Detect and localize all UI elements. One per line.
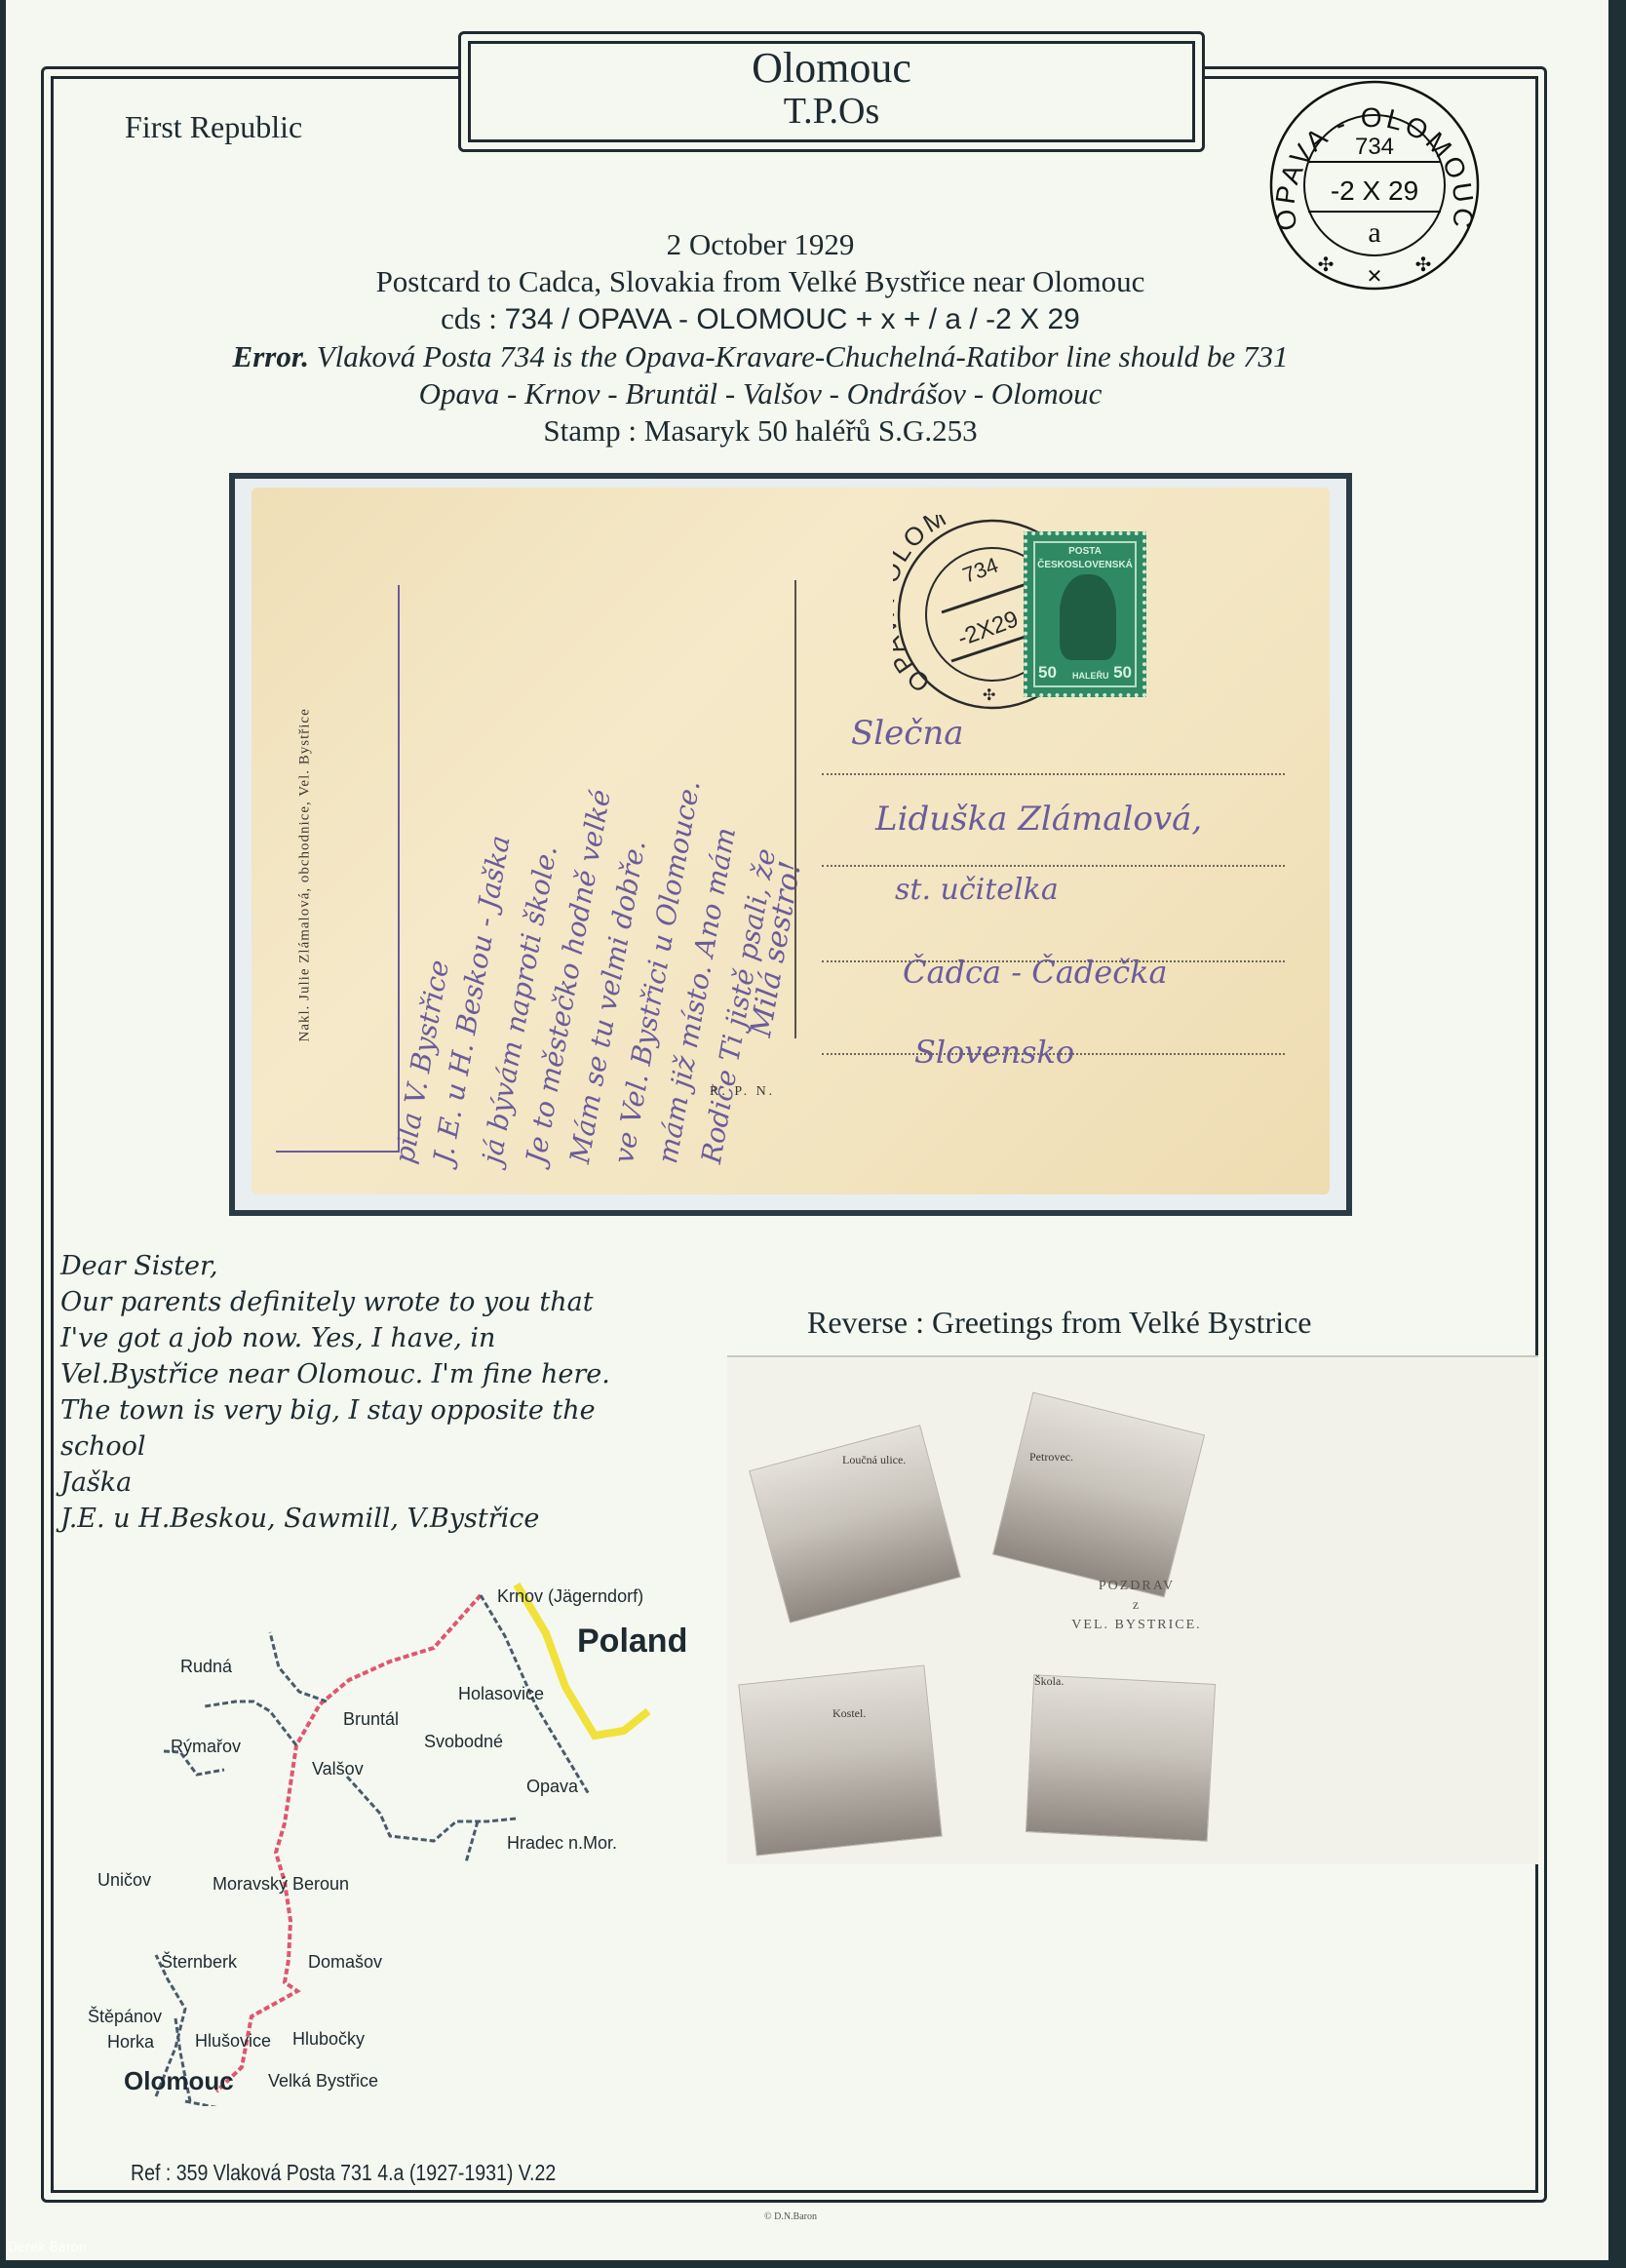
postmark-ring-text: OPAVA - OLOMOUC: [1269, 102, 1479, 233]
scan-edge-bottom: [0, 2260, 1626, 2268]
title-box: Olomouc T.P.Os: [468, 41, 1195, 142]
stamp-text-top: POSTA: [1035, 546, 1135, 557]
map-label-hlubocky: Hlubočky: [292, 2029, 365, 2050]
ornament-icon: ✣: [983, 687, 995, 704]
address-line-3: st. učitelka: [895, 873, 1059, 907]
photo-caption: Loučná ulice.: [842, 1453, 906, 1467]
scan-edge-right: [1608, 0, 1626, 2268]
translation-line: Jaška: [60, 1465, 723, 1501]
cover-route-summary: Postcard to Cadca, Slovakia from Velké B…: [97, 263, 1423, 300]
translation-line: I've got a job now. Yes, I have, in: [60, 1320, 723, 1356]
photo-caption: Škola.: [1034, 1674, 1064, 1689]
postmark-number: 734: [1355, 134, 1394, 160]
map-label-poland: Poland: [577, 1623, 687, 1661]
cancel-date: -2X29: [954, 606, 1022, 651]
stamp-currency: HALEŘU: [1072, 671, 1109, 681]
error-label: Error.: [233, 339, 309, 373]
photo-caption: Petrovec.: [1029, 1450, 1073, 1465]
map-label-holasovice: Holasovice: [458, 1684, 544, 1704]
map-label-opava: Opava: [526, 1777, 578, 1797]
svg-text:OPAVA - OLOMOUC: OPAVA - OLOMOUC: [1269, 102, 1479, 233]
map-label-hradec: Hradec n.Mor.: [507, 1833, 617, 1854]
address-line-4: Čadca - Čadečka: [903, 954, 1168, 991]
map-label-olomouc: Olomouc: [124, 2066, 234, 2096]
translation-line: Vel.Bystřice near Olomouc. I'm fine here…: [60, 1356, 723, 1392]
map-label-rudna: Rudná: [180, 1657, 232, 1677]
cds-value: 734 / OPAVA - OLOMOUC + x + / a / -2 X 2…: [505, 303, 1080, 335]
stamp-value-left: 50: [1038, 663, 1057, 683]
correct-route: Opava - Krnov - Bruntäl - Valšov - Ondrá…: [97, 375, 1423, 412]
stamp-value-right: 50: [1113, 663, 1132, 683]
address-line: [822, 865, 1285, 867]
section-label: First Republic: [125, 109, 302, 145]
svg-text:OPAVA-OLOM: OPAVA-OLOM: [893, 515, 953, 698]
reference-note: Ref : 359 Vlaková Posta 731 4.a (1927-19…: [131, 2160, 556, 2186]
stamp-description: Stamp : Masaryk 50 haléřů S.G.253: [97, 412, 1423, 450]
photo-vignette: [1026, 1674, 1216, 1842]
message-box-line: [276, 585, 400, 1153]
postcard-reverse: Loučná ulice. Petrovec. Kostel. Škola. P…: [727, 1355, 1538, 1864]
reverse-title: Reverse : Greetings from Velké Bystrice: [807, 1305, 1311, 1341]
map-label-svobodne: Svobodné: [424, 1732, 503, 1752]
photo-vignette: [992, 1392, 1205, 1598]
publisher-imprint: Nakl. Julie Zlámalová, obchodnice, Vel. …: [297, 633, 314, 1042]
postmark-date: -2 X 29: [1331, 176, 1418, 206]
map-label-krnov: Krnov (Jägerndorf): [497, 1586, 643, 1607]
greeting-text: POZDRAV z VEL. BYSTRICE.: [1039, 1577, 1234, 1635]
map-label-domasov: Domašov: [308, 1952, 382, 1973]
railway-map: Krnov (Jägerndorf) Poland Rudná Bruntál …: [58, 1560, 741, 2106]
map-label-stepanov: Štěpánov: [88, 2007, 162, 2027]
translation-line: J.E. u H.Beskou, Sawmill, V.Bystřice: [60, 1501, 723, 1537]
cancel-ring-text: OPAVA-OLOM: [893, 515, 953, 698]
translation-line: Our parents definitely wrote to you that: [60, 1284, 723, 1320]
map-label-moravsky-beroun: Moravský Beroun: [213, 1874, 349, 1895]
map-label-rymarov: Rýmařov: [171, 1737, 241, 1757]
error-note: Error. Vlaková Posta 734 is the Opava-Kr…: [97, 338, 1423, 375]
translation-line: The town is very big, I stay opposite th…: [60, 1392, 723, 1428]
map-label-bruntal: Bruntál: [343, 1709, 399, 1730]
translation-line: school: [60, 1428, 723, 1465]
cover-description: 2 October 1929 Postcard to Cadca, Slovak…: [97, 226, 1423, 450]
address-line: [822, 773, 1285, 775]
map-label-velka-bystrice: Velká Bystřice: [268, 2071, 378, 2092]
copyright: © D.N.Baron: [764, 2211, 817, 2222]
printer-mark: R. P. N.: [710, 1084, 775, 1100]
map-label-unicov: Uničov: [97, 1870, 151, 1891]
cancel-number: 734: [959, 553, 1001, 588]
map-label-hlusovice: Hlušovice: [195, 2031, 271, 2052]
address-line-2: Liduška Zlámalová,: [875, 800, 1202, 839]
masaryk-portrait-icon: [1060, 574, 1116, 660]
map-label-valsov: Valšov: [312, 1759, 364, 1779]
cover-date: 2 October 1929: [97, 226, 1423, 263]
address-line-5: Slovensko: [914, 1034, 1074, 1071]
address-line-1: Slečna: [851, 714, 964, 753]
english-translation: Dear Sister,Our parents definitely wrote…: [60, 1248, 723, 1537]
scan-edge-left: [0, 0, 6, 2268]
watermark: Derek Baron: [8, 2241, 87, 2255]
photo-vignette: [738, 1664, 942, 1856]
cds-line: cds : 734 / OPAVA - OLOMOUC + x + / a / …: [97, 300, 1423, 338]
postcard-divider: [794, 580, 796, 1038]
page-subtitle: T.P.Os: [471, 92, 1192, 131]
stamp-text-country: ČESKOSLOVENSKÁ: [1035, 560, 1135, 570]
postcard-front: Nakl. Julie Zlámalová, obchodnice, Vel. …: [252, 488, 1330, 1194]
map-label-horka: Horka: [107, 2032, 154, 2053]
postage-stamp: POSTA ČESKOSLOVENSKÁ 50 HALEŘU 50: [1024, 531, 1146, 697]
map-label-sternberk: Šternberk: [161, 1952, 237, 1973]
translation-line: Dear Sister,: [60, 1248, 723, 1284]
photo-caption: Kostel.: [832, 1706, 866, 1721]
page-title: Olomouc: [471, 45, 1192, 92]
